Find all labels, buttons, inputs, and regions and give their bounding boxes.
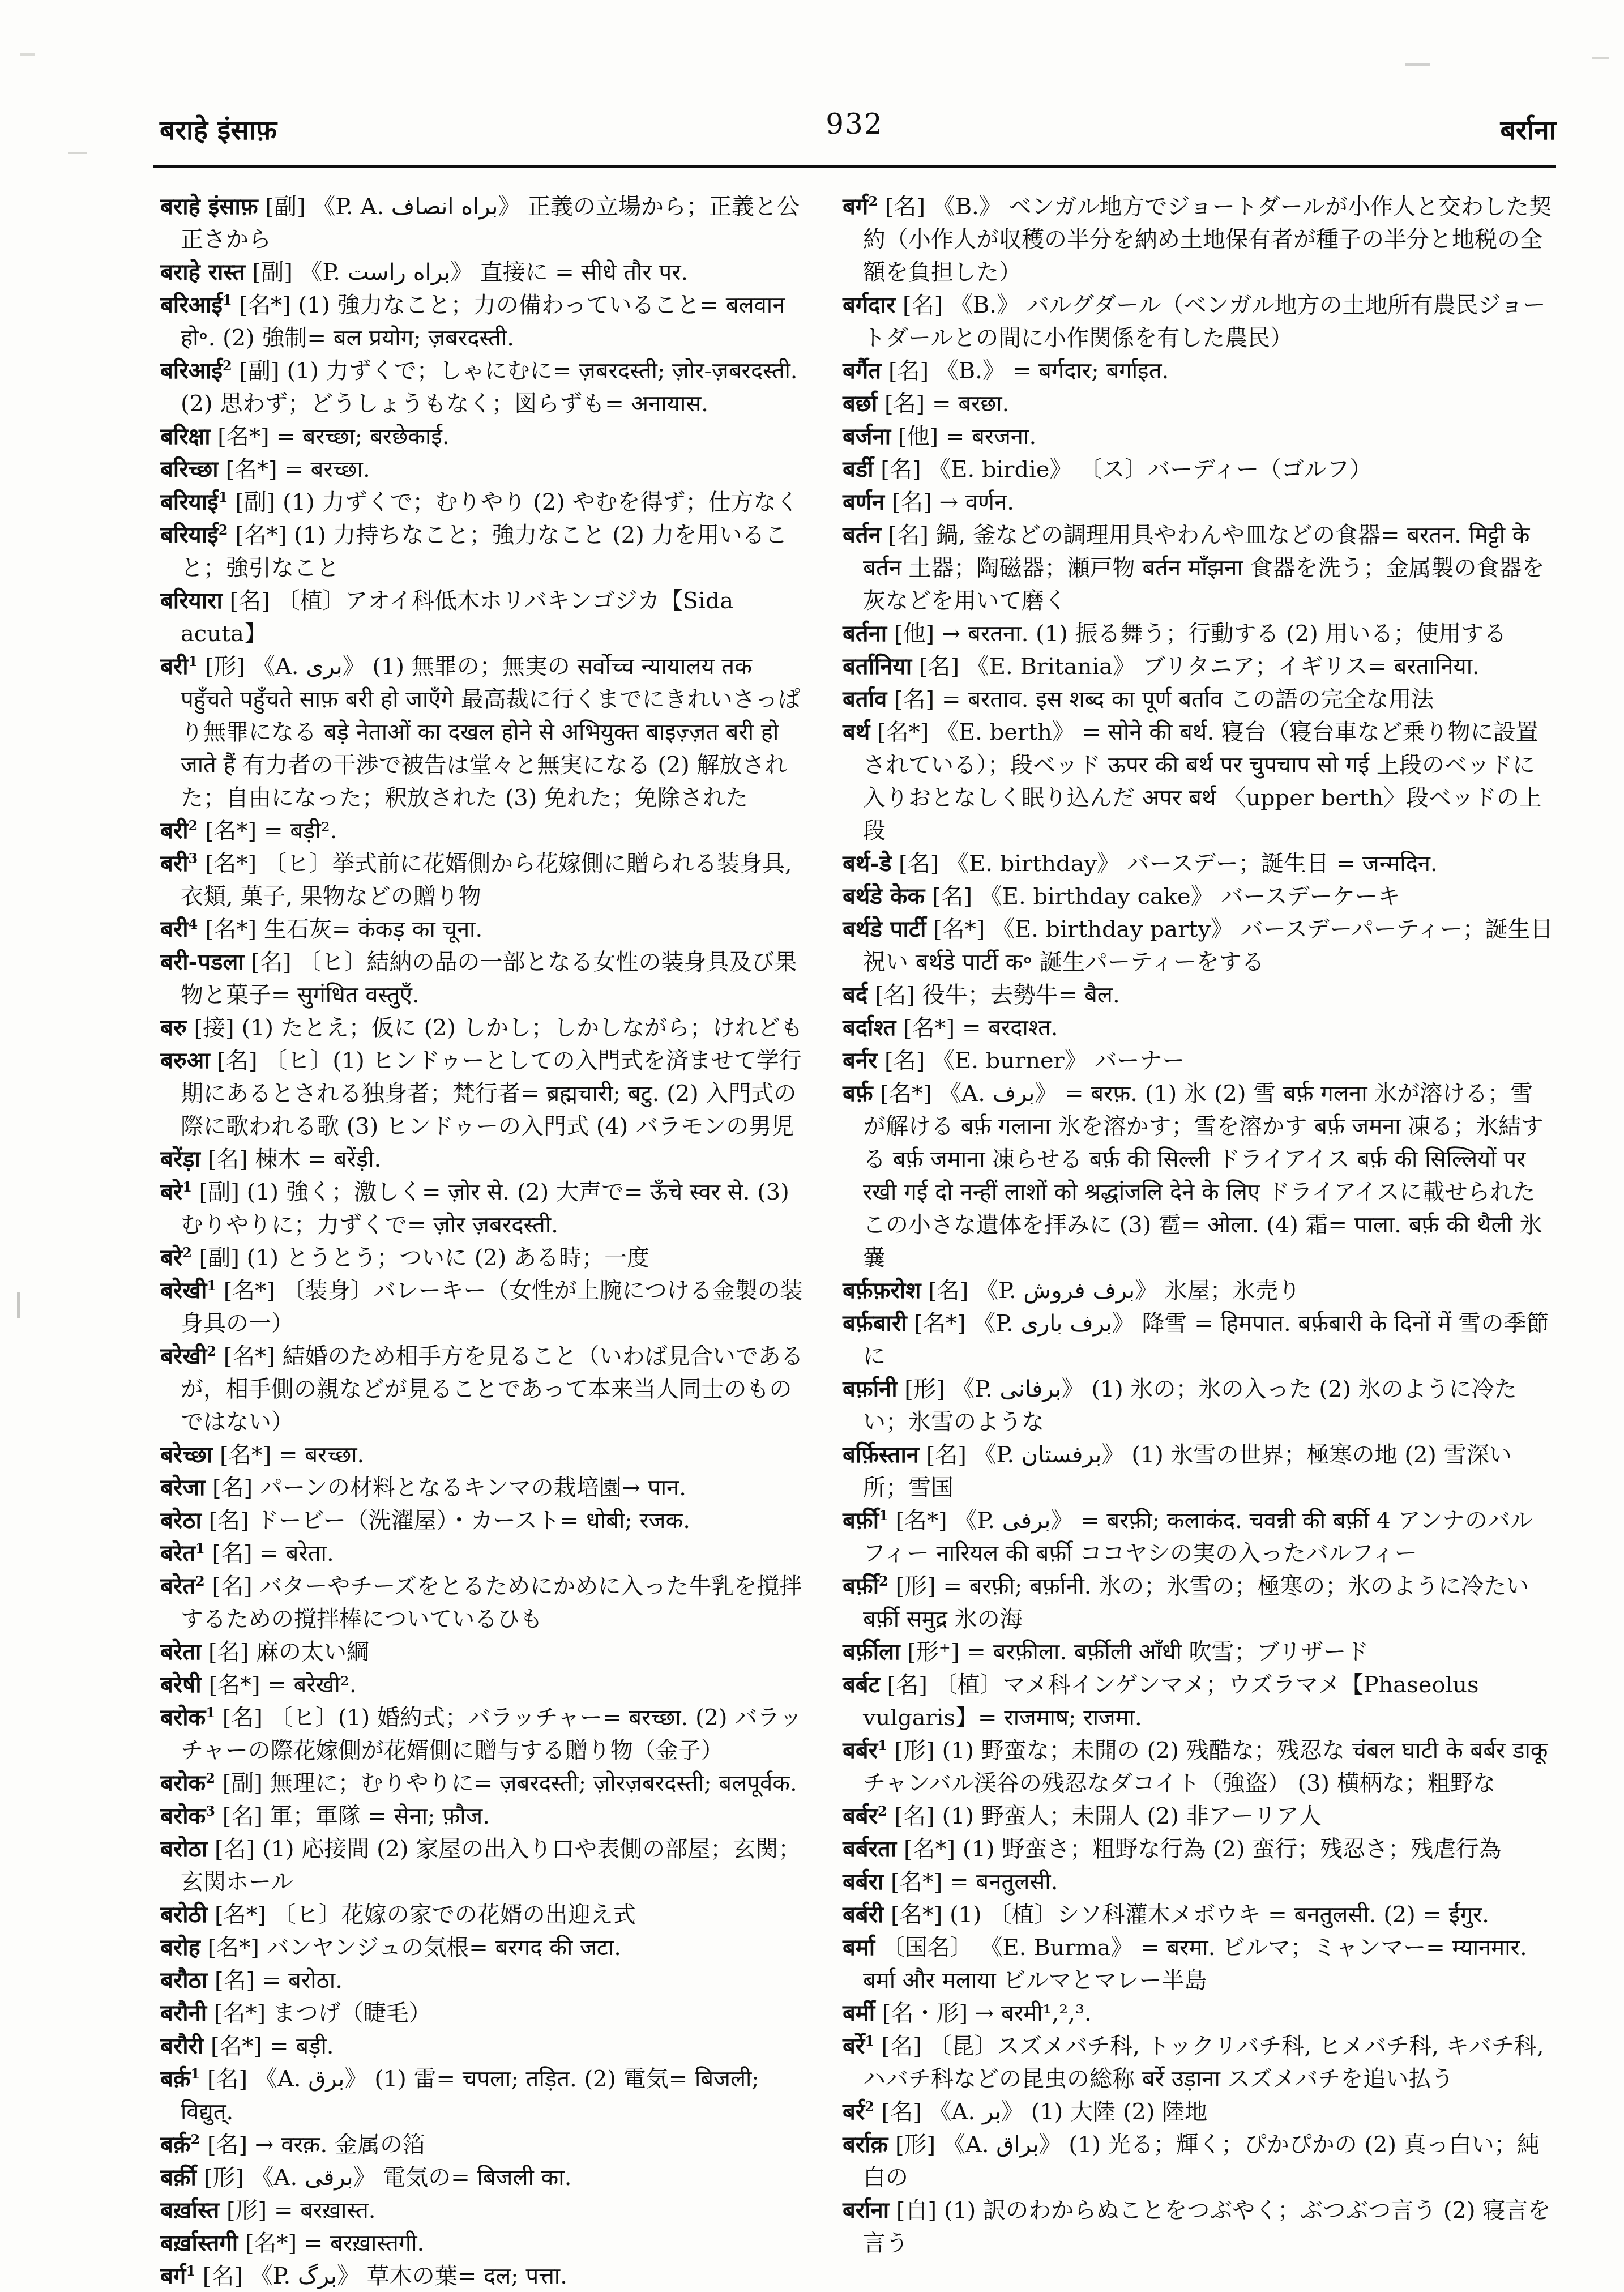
headword: बर्फ़बारी: [843, 1310, 907, 1337]
pos-tag: [名*]: [212, 1442, 271, 1468]
scan-speck: [1405, 63, 1430, 66]
definition: (1) 〔植〕シソ科灌木メボウキ = बनतुलसी. (2) = ईंगुर.: [942, 1902, 1489, 1928]
dictionary-entry: बरी1 [形] 《A. برى》 (1) 無罪の；無実の सर्वोच्च न…: [160, 650, 806, 814]
dictionary-entry: बरोक2 [副] 無理に；むりやりに= ज़बरदस्ती; ज़ोरज़बर…: [160, 1767, 806, 1800]
homograph-number: 2: [223, 357, 232, 374]
headword: बरी: [160, 916, 189, 942]
pos-tag: [形⁺]: [900, 1639, 960, 1665]
dictionary-entry: बराहे रास्त [副] 《P. براه راست》 直接に = सीध…: [160, 256, 806, 289]
headword: बरेखी: [160, 1343, 207, 1369]
dictionary-entry: बरोह [名*] バンヤンジュの気根= बरगद की जटा.: [160, 1931, 806, 1964]
pos-tag: [形]: [198, 654, 245, 680]
definition: ドービー（洗濯屋）・カースト= धोबी; रजक.: [249, 1508, 690, 1534]
definition: 直接に = सीधे तौर पर.: [473, 259, 688, 285]
definition: = बरछा.: [925, 391, 1009, 417]
etymology: 《E. birthday》: [939, 851, 1119, 877]
headword: बरोक: [160, 1770, 206, 1796]
dictionary-entry: बर्फ़फ़रोश [名] 《P. برف فروش》 氷屋；氷売り: [843, 1274, 1554, 1307]
homograph-number: 2: [879, 1573, 888, 1589]
dictionary-entry: बर्तानिया [名] 《E. Britania》 ブリタニア；イギリス= …: [843, 650, 1554, 683]
pos-tag: [名]: [215, 1803, 263, 1829]
headword: बरियारा: [160, 587, 223, 614]
dictionary-entry: बरी3 [名*] 〔ヒ〕挙式前に花婿側から花嫁側に贈られる装身具, 衣類, 菓…: [160, 847, 806, 913]
pos-tag: [名]: [912, 654, 959, 680]
dictionary-entry: बर्क़ी [形] 《A. برقى》 電気の= बिजली का.: [160, 2161, 806, 2194]
page-number: 932: [153, 108, 1556, 140]
definition: (1) 野蛮な；未開の (2) 残酷な；残忍な चंबल घाटी के बर्…: [863, 1738, 1548, 1796]
pos-tag: [名]: [200, 1146, 248, 1172]
definition: バーナー: [1087, 1048, 1185, 1074]
dictionary-entry: बर्गदार [名] 《B.》 バルグダール（ベンガル地方の土地所有農民ジョー…: [843, 289, 1554, 355]
headword: बर्मा: [843, 1934, 875, 1961]
dictionary-entry: बर्फ़ [名*] 《A. برف》 = बरफ़. (1) 氷 (2) 雪 …: [843, 1077, 1554, 1274]
dictionary-entry: बरेत2 [名] バターやチーズをとるためにかめに入った牛乳を撹拌するための撹…: [160, 1570, 806, 1636]
headword: बर्ताव: [843, 686, 887, 712]
etymology: 《E. berth》: [929, 719, 1075, 745]
etymology: 《E. burner》: [925, 1048, 1087, 1074]
definition: (1) たとえ；仮に (2) しかし；しかしながら；けれども: [234, 1015, 803, 1041]
definition: 〔ヒ〕(1) 婚約式；バラッチャー= बरच्छा. (2) バラッチャーの際花…: [181, 1705, 802, 1764]
homograph-number: 1: [195, 1540, 205, 1556]
headword: बर्क़ी: [160, 2164, 196, 2191]
headword: बरोक: [160, 1803, 206, 1829]
headword: बर्बर: [843, 1803, 878, 1829]
pos-tag: [副]: [192, 1179, 240, 1205]
etymology: 《P. برگ》: [243, 2263, 360, 2289]
dictionary-entry: बर्फ़ी2 [形] = बरफ़ी; बर्फ़ानी. 氷の；氷雪の；極寒…: [843, 1570, 1554, 1636]
dictionary-entry: बरोक3 [名] 軍；軍隊 = सेना; फ़ौज.: [160, 1800, 806, 1833]
dictionary-entry: बर्णन [名] → वर्णन.: [843, 486, 1554, 519]
pos-tag: [名]: [207, 1836, 255, 1862]
homograph-number: 2: [191, 2131, 200, 2148]
definition: = बरच्छा.: [271, 1442, 364, 1468]
pos-tag: [名]: [874, 456, 921, 483]
definition: (1) 訳のわからぬことをつぶやく；ぶつぶつ言う (2) 寝言を言う: [863, 2197, 1550, 2256]
pos-tag: [名*]: [907, 1311, 966, 1337]
headword: बर्ग: [160, 2263, 186, 2289]
homograph-number: 1: [191, 2065, 200, 2082]
etymology: 《E. Burma》: [973, 1935, 1133, 1961]
headword: बर्फ़फ़रोश: [843, 1277, 921, 1304]
pos-tag: [自]: [889, 2197, 937, 2223]
headword: बरिआई: [160, 292, 223, 318]
definition: 電気の= बिजली का.: [376, 2165, 572, 2191]
pos-tag: [名]: [925, 883, 972, 910]
dictionary-entry: बरियाई2 [名*] (1) 力持ちなこと；強力なこと (2) 力を用いるこ…: [160, 519, 806, 584]
headword: बरेत: [160, 1573, 195, 1599]
headword: बरे: [160, 1179, 182, 1205]
definition: 麻の太い綱: [249, 1639, 369, 1665]
dictionary-entry: बरिक्षा [名*] = बरच्छा; बरछेकाई.: [160, 420, 806, 453]
dictionary-entry: बर्ग2 [名] 《B.》 ベンガル地方でジョートダールが小作人と交わした契約…: [843, 190, 1554, 289]
definition: = बर्गदार; बर्गाइत.: [1005, 358, 1169, 384]
etymology: 《A. برق》: [247, 2066, 367, 2092]
dictionary-entry: बर्बरता [名*] (1) 野蛮さ；粗野な行為 (2) 蛮行；残忍さ；残虐…: [843, 1833, 1554, 1866]
pos-tag: [名]: [205, 1475, 253, 1501]
headword: बरेंड़ा: [160, 1146, 200, 1172]
pos-tag: [名*]: [202, 1672, 260, 1698]
dictionary-entry: बर्फ़िस्तान [名] 《P. برفستان》 (1) 氷雪の世界；極…: [843, 1439, 1554, 1504]
dictionary-entry: बर्मी [名・形] → बरमी¹,²,³.: [843, 1997, 1554, 2030]
etymology: 《A. برى》: [245, 654, 365, 680]
headword: बर्तानिया: [843, 653, 912, 680]
headword: बर्तन: [843, 522, 881, 548]
headword: बरेषी: [160, 1671, 202, 1698]
headword: बर्फ़ानी: [843, 1376, 898, 1402]
scan-speck: [1592, 57, 1609, 59]
dictionary-entry: बरोठी [名*] 〔ヒ〕花嫁の家での花婿の出迎え式: [160, 1898, 806, 1931]
scan-speck: [17, 1292, 20, 1318]
dictionary-entry: बर्नर [名] 《E. burner》 バーナー: [843, 1044, 1554, 1077]
headword: बर्बर: [843, 1737, 878, 1764]
pos-tag: [名*]: [896, 1836, 955, 1862]
pos-tag: [名]: [205, 1573, 253, 1599]
pos-tag: [名*]: [870, 719, 929, 745]
definition: パーンの材料となるキンマの栽培園→ पान.: [253, 1475, 686, 1501]
dictionary-entry: बरौरी [名*] = बड़ी.: [160, 2030, 806, 2063]
headword: बर्द: [843, 981, 867, 1008]
headword: बर्बरता: [843, 1836, 896, 1862]
dictionary-entry: बर्र2 [名] 《A. بر》 (1) 大陸 (2) 陸地: [843, 2095, 1554, 2128]
definition: = बरेता.: [253, 1540, 334, 1567]
homograph-number: 1: [865, 2033, 874, 2049]
definition: = बरफ़ी; बर्फ़ानी. 氷の；氷雪の；極寒の；氷のように冷たい ब…: [863, 1573, 1529, 1632]
pos-tag: [副]: [192, 1245, 240, 1271]
dictionary-entry: बरौनी [名*] まつげ（睫毛）: [160, 1997, 806, 2030]
dictionary-entry: बर्तन [名] 鍋, 釜などの調理用具やわんや皿などの食器= बरतन. म…: [843, 519, 1554, 617]
pos-tag: [名*]: [200, 1935, 259, 1961]
headword: बरी: [160, 653, 189, 680]
homograph-number: 1: [189, 653, 198, 669]
homograph-number: 2: [182, 1244, 192, 1261]
pos-tag: [名]: [881, 358, 929, 384]
dictionary-entry: बरेठा [名] ドービー（洗濯屋）・カースト= धोबी; रजक.: [160, 1504, 806, 1537]
dictionary-entry: बरेंड़ा [名] 棟木 = बरेंड़ी.: [160, 1143, 806, 1176]
etymology: 《P. A. براه انصاف》: [306, 194, 521, 220]
homograph-number: 2: [219, 522, 228, 538]
dictionary-entry: बर्राना [自] (1) 訳のわからぬことをつぶやく；ぶつぶつ言う (2)…: [843, 2194, 1554, 2260]
pos-tag: [形]: [898, 1376, 945, 1402]
dictionary-entry: बरियारा [名] 〔植〕アオイ科低木ホリバキンゴジカ【Sida acuta…: [160, 584, 806, 650]
definition: = बरख़ास्त.: [267, 2197, 375, 2223]
headword: बर्जना: [843, 423, 891, 450]
definition: = बड़ी².: [257, 818, 337, 844]
homograph-number: 2: [878, 1803, 887, 1819]
dictionary-entry: बर्मा 〔国名〕 《E. Burma》 = बरमा. ビルマ；ミャンマー=…: [843, 1931, 1554, 1997]
definition: → बरमी¹,²,³.: [968, 2000, 1092, 2026]
pos-tag: [名]: [202, 1508, 249, 1534]
definition: = बनतुलसी.: [942, 1869, 1058, 1895]
headword: बर्थ: [843, 719, 870, 745]
pos-tag: 〔国名〕: [875, 1935, 973, 1961]
dictionary-entry: बर्छा [名] = बरछा.: [843, 387, 1554, 420]
dictionary-entry: बर्थडे पार्टी [名*] 《E. birthday party》 バ…: [843, 913, 1554, 979]
dictionary-entry: बरेत1 [名] = बरेता.: [160, 1537, 806, 1570]
pos-tag: [副]: [232, 358, 280, 384]
headword: बर्र: [843, 2098, 865, 2125]
etymology: 《A. بر》: [922, 2099, 1024, 2125]
headword: बरिआई: [160, 357, 223, 384]
definition: 〔ヒ〕(1) ヒンドゥーとしての入門式を済ませて学行期にあるとされる独身者；梵行…: [181, 1048, 802, 1139]
headword: बर्थडे केक: [843, 883, 925, 910]
headword: बर्थडे पार्टी: [843, 916, 926, 942]
pos-tag: [副]: [228, 489, 275, 515]
dictionary-entry: बर्ताव [名] = बरताव. इस शब्द का पूर्ण बर्…: [843, 683, 1554, 716]
pos-tag: [名]: [207, 1967, 255, 1994]
headword: बर्बरा: [843, 1868, 883, 1895]
pos-tag: [名]: [210, 1048, 258, 1074]
pos-tag: [名]: [201, 1639, 249, 1665]
headword: बरौनी: [160, 2000, 207, 2026]
homograph-number: 1: [879, 1507, 888, 1523]
headword: बर्ख़ास्तगी: [160, 2230, 238, 2256]
headword: बरेखी: [160, 1277, 207, 1304]
pos-tag: [形]: [219, 2197, 267, 2223]
definition: 〔ス〕バーディー（ゴルフ）: [1072, 456, 1372, 483]
dictionary-page-scan: बराहे इंसाफ़ 932 बर्राना बराहे इंसाफ़ [副…: [0, 0, 1624, 2292]
headword: बर्गदार: [843, 292, 895, 318]
definition: (1) 応接間 (2) 家屋の出入り口や表側の部屋；玄関；玄関ホール: [181, 1836, 801, 1895]
pos-tag: [形]: [888, 1573, 936, 1599]
dictionary-entry: बर्बरी [名*] (1) 〔植〕シソ科灌木メボウキ = बनतुलसी. …: [843, 1898, 1554, 1931]
headword: बरौरी: [160, 2033, 203, 2059]
pos-tag: [他]: [887, 621, 934, 647]
headword: बर्ग: [843, 193, 868, 220]
headword: बरिक्षा: [160, 423, 211, 450]
dictionary-entry: बर्बर1 [形] (1) 野蛮な；未開の (2) 残酷な；残忍な चंबल …: [843, 1734, 1554, 1800]
pos-tag: [名]: [919, 1442, 967, 1468]
definition: → वरक़. 金属の箔: [247, 2132, 425, 2158]
etymology: 《E. birthday cake》: [972, 883, 1213, 910]
etymology: 《P. برفستان》: [967, 1442, 1125, 1468]
dictionary-entry: बरोक1 [名] 〔ヒ〕(1) 婚約式；バラッチャー= बरच्छा. (2)…: [160, 1701, 806, 1767]
definition: バースデー；誕生日 = जन्मदिन.: [1119, 851, 1438, 877]
definition: = बड़ी.: [262, 2033, 334, 2059]
pos-tag: [名]: [195, 2263, 243, 2289]
dictionary-entry: बर्फ़ी1 [名*] 《P. برفى》 = बरफ़ी; कलाकंद. …: [843, 1504, 1554, 1570]
etymology: 《P. برفى》: [947, 1508, 1074, 1534]
pos-tag: [他]: [891, 424, 938, 450]
headword: बर्गैत: [843, 357, 881, 384]
dictionary-entry: बर्रे1 [名] 〔昆〕スズメバチ科, トックリバチ科, ヒメバチ科, キバ…: [843, 2030, 1554, 2095]
pos-tag: [名*]: [216, 1343, 275, 1369]
headword: बरेच्छा: [160, 1441, 212, 1468]
headword: बरौठा: [160, 1967, 207, 1994]
headword: बरी: [160, 850, 189, 877]
etymology: 《A. برف》: [932, 1081, 1058, 1107]
headword: बर्णन: [843, 489, 884, 515]
pos-tag: [名]: [205, 1540, 253, 1567]
definition: = बरच्छा; बरछेकाई.: [270, 424, 450, 450]
headword: बरोठी: [160, 1901, 207, 1928]
headword: बर्क़: [160, 2065, 191, 2092]
dictionary-entry: बर्थ-डे [名] 《E. birthday》 バースデー；誕生日 = जन…: [843, 847, 1554, 880]
dictionary-entry: बर्गैत [名] 《B.》 = बर्गदार; बर्गाइत.: [843, 355, 1554, 387]
homograph-number: 2: [868, 193, 878, 210]
definition: 棟木 = बरेंड़ी.: [248, 1146, 381, 1172]
homograph-number: 2: [865, 2098, 874, 2115]
definition: (1) 強く；激しく= ज़ोर से. (2) 大声で= ऊँचे स्वर …: [181, 1179, 789, 1238]
pos-tag: [形]: [196, 2165, 244, 2191]
dictionary-entry: बर्तना [他] → बरतना. (1) 振る舞う；行動する (2) 用い…: [843, 617, 1554, 650]
definition: = बरताव. इस शब्द का पूर्ण बर्ताव この語の完全な…: [934, 686, 1434, 712]
homograph-number: 1: [207, 1277, 216, 1294]
definition: (1) 野蛮人；未開人 (2) 非アーリア人: [935, 1803, 1322, 1829]
etymology: 《P. برف بارى》: [966, 1311, 1135, 1337]
headword: बरियाई: [160, 522, 219, 548]
pos-tag: [名]: [921, 1278, 968, 1304]
etymology: 《E. birdie》: [921, 456, 1072, 483]
dictionary-entry: बरेषी [名*] = बरेखी².: [160, 1668, 806, 1701]
definition: 鍋, 釜などの調理用具やわんや皿などの食器= बरतन. मिट्टी के ब…: [863, 522, 1545, 614]
pos-tag: [名*]: [198, 851, 257, 877]
definition: (1) 野蛮さ；粗野な行為 (2) 蛮行；残忍さ；残虐行為: [955, 1836, 1501, 1862]
pos-tag: [名]: [887, 1803, 935, 1829]
definition: 草木の葉= दल; पत्ता.: [360, 2263, 567, 2289]
dictionary-entry: बरेजा [名] パーンの材料となるキンマの栽培園→ पान.: [160, 1471, 806, 1504]
scan-speck: [20, 53, 35, 56]
definition: ブリタニア；イギリス= बरतानिया.: [1135, 654, 1480, 680]
pos-tag: [名]: [895, 292, 943, 318]
pos-tag: [名]: [874, 2033, 922, 2059]
pos-tag: [名*]: [883, 1902, 942, 1928]
definition: 〔ヒ〕挙式前に花婿側から花嫁側に贈られる装身具, 衣類, 菓子, 果物などの贈り…: [181, 851, 792, 910]
homograph-number: 1: [223, 292, 232, 308]
definition: = बरेखी².: [260, 1672, 357, 1698]
definition: (1) 力ずくで；むりやり (2) やむを得ず；仕方なく: [275, 489, 798, 515]
homograph-number: 1: [878, 1737, 887, 1753]
dictionary-entry: बर्क़1 [名] 《A. برق》 (1) 雷= चपला; तड़ित. …: [160, 2063, 806, 2128]
left-column: बराहे इंसाफ़ [副] 《P. A. براه انصاف》 正義の立…: [160, 190, 806, 2292]
pos-tag: [名*]: [219, 456, 277, 483]
header-divider-rule: [153, 165, 1556, 168]
definition: = बरफ़ीला. बर्फ़ीली आँधी 吹雪；ブリザード: [960, 1639, 1369, 1665]
headword: बर्फ़ी: [843, 1507, 879, 1534]
pos-tag: [名]: [887, 686, 934, 712]
headword: बर्फ़ीला: [843, 1638, 900, 1665]
definition: 役牛；去勢牛= बैल.: [915, 982, 1120, 1008]
dictionary-entry: बर्डी [名] 《E. birdie》 〔ス〕バーディー（ゴルフ）: [843, 453, 1554, 486]
headword: बर्डी: [843, 456, 874, 483]
headword: बर्फ़िस्तान: [843, 1441, 919, 1468]
headword: बरोक: [160, 1704, 206, 1731]
dictionary-entry: बर्थ [名*] 《E. berth》 = सोने की बर्थ. 寝台（…: [843, 716, 1554, 847]
headword: बरेता: [160, 1638, 201, 1665]
pos-tag: [副]: [245, 259, 293, 285]
pos-tag: [名*]: [207, 2000, 266, 2026]
headword: बराहे रास्त: [160, 259, 245, 285]
dictionary-entry: बरियाई1 [副] (1) 力ずくで；むりやり (2) やむを得ず；仕方なく: [160, 486, 806, 519]
etymology: 《B.》: [943, 292, 1019, 318]
etymology: 《B.》: [925, 194, 1002, 220]
pos-tag: [名]: [877, 1048, 925, 1074]
pos-tag: [名・形]: [875, 2000, 968, 2026]
homograph-number: 1: [206, 1704, 215, 1721]
dictionary-entry: बरिआई1 [名*] (1) 強力なこと；力の備わっていること= बलवान …: [160, 289, 806, 355]
headword: बर्क़: [160, 2131, 191, 2158]
pos-tag: [名]: [867, 982, 915, 1008]
pos-tag: [名*]: [203, 2033, 262, 2059]
pos-tag: [名*]: [207, 1902, 266, 1928]
dictionary-entry: बर्क़2 [名] → वरक़. 金属の箔: [160, 2128, 806, 2161]
headword: बरेजा: [160, 1474, 205, 1501]
dictionary-entry: बर्बट [名] 〔植〕マメ科インゲンマメ；ウズラマメ【Phaseolus v…: [843, 1668, 1554, 1734]
pos-tag: [名*]: [216, 1278, 275, 1304]
pos-tag: [名*]: [926, 916, 985, 942]
dictionary-entry: बरिआई2 [副] (1) 力ずくで；しゃにむに= ज़बरदस्ती; ज़…: [160, 355, 806, 420]
dictionary-entry: बर्द [名] 役牛；去勢牛= बैल.: [843, 979, 1554, 1011]
headword: बर्नर: [843, 1047, 877, 1074]
pos-tag: [名]: [200, 2132, 247, 2158]
dictionary-entry: बर्फ़ानी [形] 《P. برفانى》 (1) 氷の；氷の入った (2…: [843, 1373, 1554, 1439]
pos-tag: [形]: [887, 1738, 935, 1764]
definition: 無理に；むりやりに= ज़बरदस्ती; ज़ोरज़बरदस्ती; बलप…: [263, 1770, 797, 1796]
pos-tag: [名*]: [873, 1081, 932, 1107]
definition: (1) とうとう；ついに (2) ある時；一度: [240, 1245, 649, 1271]
definition: (1) 大陸 (2) 陸地: [1024, 2099, 1207, 2125]
homograph-number: 3: [206, 1803, 215, 1819]
pos-tag: [名]: [215, 1705, 263, 1731]
headword: बरी-पडला: [160, 949, 244, 975]
dictionary-entry: बरेखी1 [名*] 〔装身〕バレーキー（女性が上腕につける金製の装身具の一）: [160, 1274, 806, 1340]
pos-tag: [名]: [891, 851, 939, 877]
definition: 氷屋；氷売り: [1157, 1278, 1301, 1304]
definition: 生石灰= कंकड़ का चूना.: [257, 916, 482, 942]
page-header: बराहे इंसाफ़ 932 बर्राना: [153, 108, 1556, 159]
dictionary-entry: बर्फ़बारी [名*] 《P. برف بارى》 降雪 = हिमपात…: [843, 1307, 1554, 1373]
pos-tag: [名]: [200, 2066, 247, 2092]
homograph-number: 1: [219, 489, 228, 505]
dictionary-entry: बरे2 [副] (1) とうとう；ついに (2) ある時；一度: [160, 1241, 806, 1274]
headword: बर्फ़: [843, 1080, 873, 1107]
headword: बराहे इंसाफ़: [160, 193, 258, 220]
pos-tag: [名*]: [896, 1015, 955, 1041]
definition: バースデーケーキ: [1213, 883, 1400, 910]
headword: बर्थ-डे: [843, 850, 891, 877]
pos-tag: [接]: [187, 1015, 234, 1041]
pos-tag: [名]: [874, 2099, 922, 2125]
headword: बरेत: [160, 1540, 195, 1567]
pos-tag: [副]: [215, 1770, 263, 1796]
etymology: 《A. برقى》: [244, 2165, 376, 2191]
homograph-number: 3: [189, 850, 198, 867]
dictionary-entry: बरोठा [名] (1) 応接間 (2) 家屋の出入り口や表側の部屋；玄関；玄…: [160, 1833, 806, 1898]
dictionary-entry: बर्राक़ [形] 《A. براق》 (1) 光る；輝く；ぴかぴかの (2…: [843, 2128, 1554, 2194]
dictionary-entry: बर्फ़ीला [形⁺] = बरफ़ीला. बर्फ़ीली आँधी 吹…: [843, 1636, 1554, 1668]
definition: = बरच्छा.: [277, 456, 370, 483]
definition: = बरख़ास्तगी.: [297, 2230, 424, 2256]
headword: बर्बरी: [843, 1901, 883, 1928]
definition: 〔植〕マメ科インゲンマメ；ウズラマメ【Phaseolus vulgaris】= …: [863, 1672, 1479, 1731]
dictionary-entry: बरे1 [副] (1) 強く；激しく= ज़ोर से. (2) 大声で= ऊ…: [160, 1176, 806, 1241]
pos-tag: [名*]: [211, 424, 270, 450]
headword: बरेठा: [160, 1507, 202, 1534]
pos-tag: [名*]: [228, 522, 287, 548]
homograph-number: 4: [189, 916, 198, 932]
etymology: 《E. Britania》: [959, 654, 1135, 680]
dictionary-entry: बर्थडे केक [名] 《E. birthday cake》 バースデーケ…: [843, 880, 1554, 913]
pos-tag: [名*]: [238, 2230, 297, 2256]
etymology: 《B.》: [929, 358, 1005, 384]
pos-tag: [名*]: [888, 1508, 947, 1534]
headword: बरियाई: [160, 489, 219, 515]
dictionary-entry: बर्जना [他] = बरजना.: [843, 420, 1554, 453]
headword: बर्छा: [843, 390, 877, 417]
headword: बरे: [160, 1244, 182, 1271]
homograph-number: 2: [207, 1343, 216, 1359]
pos-tag: [名]: [884, 489, 932, 515]
pos-tag: [形]: [888, 2132, 935, 2158]
